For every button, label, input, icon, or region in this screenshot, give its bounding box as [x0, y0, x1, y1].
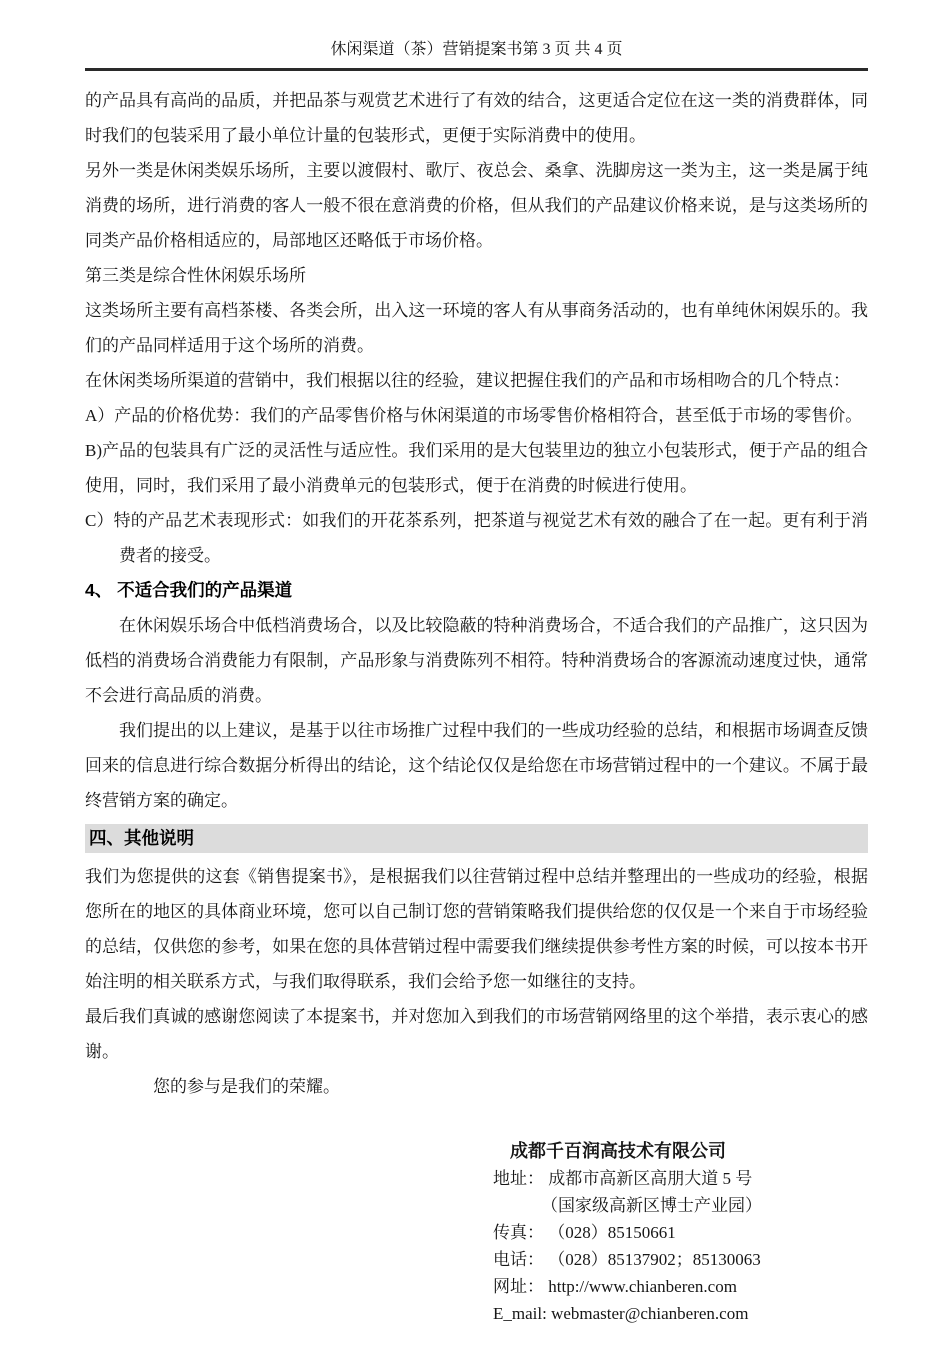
company-website-line: 网址： http://www.chianberen.com — [493, 1273, 868, 1300]
paragraph-item-c: C）特的产品艺术表现形式：如我们的开花茶系列，把茶道与视觉艺术有效的融合了在一起… — [85, 503, 868, 573]
company-address-line: 地址： 成都市高新区高朋大道 5 号 — [493, 1165, 868, 1192]
paragraph-closing-line: 您的参与是我们的荣耀。 — [85, 1069, 868, 1104]
company-block: 成都千百润高技术有限公司 地址： 成都市高新区高朋大道 5 号 （国家级高新区博… — [493, 1138, 868, 1327]
document-body: 的产品具有高尚的品质，并把品茶与观赏艺术进行了有效的结合，这更适合定位在这一类的… — [85, 83, 868, 1104]
company-phone-line: 电话： （028）85137902；85130063 — [493, 1246, 868, 1273]
paragraph: 这类场所主要有高档茶楼、各类会所，出入这一环境的客人有从事商务活动的，也有单纯休… — [85, 293, 868, 363]
company-name: 成都千百润高技术有限公司 — [493, 1138, 868, 1165]
document-page: 休闲渠道（茶）营销提案书第 3 页 共 4 页 的产品具有高尚的品质，并把品茶与… — [0, 0, 950, 1357]
paragraph-item-a: A）产品的价格优势：我们的产品零售价格与休闲渠道的市场零售价格相符合，甚至低于市… — [85, 398, 868, 433]
page-header: 休闲渠道（茶）营销提案书第 3 页 共 4 页 — [85, 38, 868, 71]
paragraph: 在休闲类场所渠道的营销中，我们根据以往的经验，建议把握住我们的产品和市场相吻合的… — [85, 363, 868, 398]
page-header-title: 休闲渠道（茶）营销提案书第 3 页 共 4 页 — [330, 41, 622, 58]
paragraph: 第三类是综合性休闲娱乐场所 — [85, 258, 868, 293]
paragraph: 另外一类是休闲类娱乐场所，主要以渡假村、歌厅、夜总会、桑拿、洗脚房这一类为主，这… — [85, 153, 868, 258]
paragraph: 我们为您提供的这套《销售提案书》，是根据我们以往营销过程中总结并整理出的一些成功… — [85, 859, 868, 999]
heading-unsuitable-channels: 4、 不适合我们的产品渠道 — [85, 573, 868, 608]
company-address-line2: （国家级高新区博士产业园） — [493, 1192, 868, 1219]
section-heading-other-notes: 四、其他说明 — [85, 824, 868, 853]
paragraph: 最后我们真诚的感谢您阅读了本提案书，并对您加入到我们的市场营销网络里的这个举措，… — [85, 999, 868, 1069]
paragraph: 在休闲娱乐场合中低档消费场合，以及比较隐蔽的特种消费场合，不适合我们的产品推广，… — [85, 608, 868, 713]
paragraph: 我们提出的以上建议，是基于以往市场推广过程中我们的一些成功经验的总结，和根据市场… — [85, 713, 868, 818]
company-email-line: E_mail: webmaster@chianberen.com — [493, 1300, 868, 1327]
paragraph-item-b: B)产品的包装具有广泛的灵活性与适应性。我们采用的是大包装里边的独立小包装形式，… — [85, 433, 868, 503]
paragraph: 的产品具有高尚的品质，并把品茶与观赏艺术进行了有效的结合，这更适合定位在这一类的… — [85, 83, 868, 153]
company-fax-line: 传真： （028）85150661 — [493, 1219, 868, 1246]
